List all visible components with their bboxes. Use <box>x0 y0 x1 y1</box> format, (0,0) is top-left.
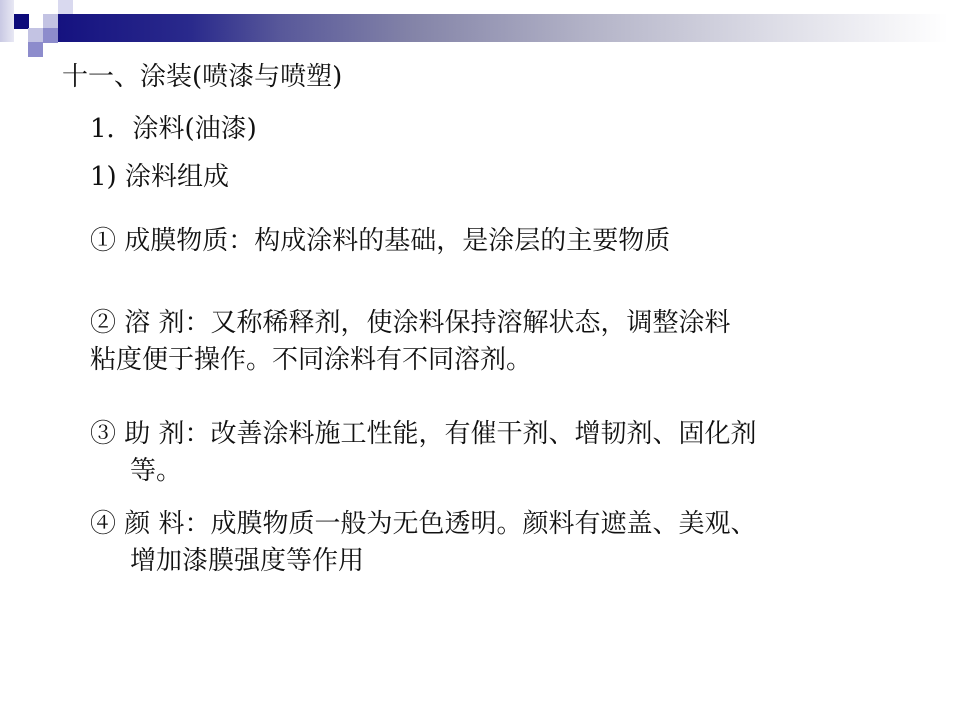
decorative-square <box>43 28 58 43</box>
subsection-title: 1) 涂料组成 <box>90 160 229 194</box>
list-item-line: ② 溶 剂：又称稀释剂，使涂料保持溶解状态，调整涂料 <box>90 305 920 342</box>
list-item-line: 等。 <box>90 453 920 490</box>
section-title: 1．涂料(油漆) <box>90 112 257 146</box>
slide-heading: 十一、涂装(喷漆与喷塑) <box>62 60 342 94</box>
list-item-line: 增加漆膜强度等作用 <box>90 543 920 580</box>
title-gradient-bar <box>58 14 948 42</box>
list-item-line: ④ 颜 料：成膜物质一般为无色透明。颜料有遮盖、美观、 <box>90 506 920 543</box>
list-item-line: 粘度便于操作。不同涂料有不同溶剂。 <box>90 342 920 379</box>
decorative-left-strip <box>0 0 14 42</box>
decorative-square <box>14 14 29 29</box>
list-item-line: ① 成膜物质：构成涂料的基础，是涂层的主要物质 <box>90 223 920 260</box>
list-item-film-forming: ① 成膜物质：构成涂料的基础，是涂层的主要物质 <box>90 223 920 260</box>
decorative-square <box>28 28 43 43</box>
list-item-solvent: ② 溶 剂：又称稀释剂，使涂料保持溶解状态，调整涂料 粘度便于操作。不同涂料有不… <box>90 305 920 379</box>
decorative-square <box>28 42 43 57</box>
decorative-square <box>58 0 73 15</box>
decorative-square <box>43 14 58 29</box>
list-item-additive: ③ 助 剂：改善涂料施工性能，有催干剂、增韧剂、固化剂 等。 <box>90 416 920 490</box>
list-item-pigment: ④ 颜 料：成膜物质一般为无色透明。颜料有遮盖、美观、 增加漆膜强度等作用 <box>90 506 920 580</box>
list-item-line: ③ 助 剂：改善涂料施工性能，有催干剂、增韧剂、固化剂 <box>90 416 920 453</box>
